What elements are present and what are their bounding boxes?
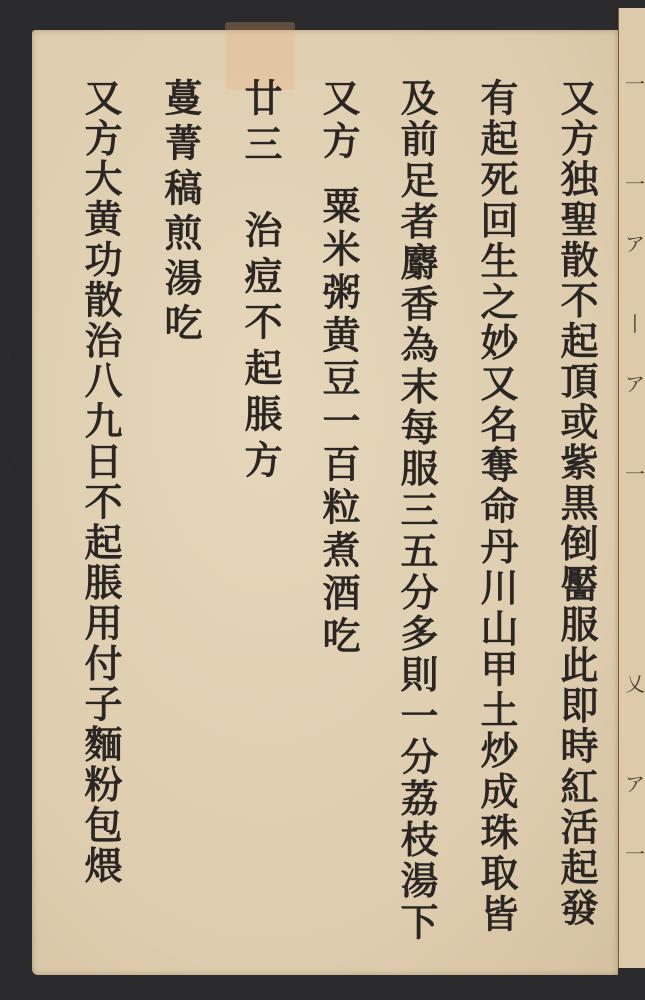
- adjacent-page-fragment: 一: [625, 168, 645, 197]
- adjacent-page-fragment: 一: [625, 68, 645, 97]
- adjacent-page-edge: 一 一 ア 丨 ア 一 乂 ア 一: [618, 8, 645, 968]
- text-column-5: 廿三治痘不起脹方: [236, 78, 284, 486]
- adjacent-page-fragment: ア: [625, 768, 645, 797]
- adjacent-page-fragment: ア: [625, 228, 645, 257]
- text-column-6: 蔓菁稿煎湯吃: [156, 78, 204, 348]
- recipe-number: 廿三: [238, 78, 283, 170]
- text-column-7: 又方大黄功散治八九日不起脹用付子麵粉包煨: [76, 78, 124, 886]
- text-column-4: 又方粟米粥黄豆一百粒煮酒吃: [314, 78, 362, 659]
- adjacent-page-fragment: 一: [625, 458, 645, 487]
- adjacent-page-fragment: 一: [625, 838, 645, 867]
- adjacent-page-fragment: ア: [625, 368, 645, 397]
- text-column-1: 又方独聖散不起頂或紫黒倒靨服此即時紅活起發: [552, 78, 600, 929]
- left-margin-marks: ㄗ一乀: [2, 348, 22, 510]
- text-column-2: 有起死回生之妙又名奪命丹川山甲土炒成珠取皆: [472, 78, 520, 935]
- column-4-prefix: 又方: [316, 78, 361, 164]
- column-3-text: 及前足者麝香為末每服三五分多則一分荔枝湯下: [394, 78, 439, 943]
- column-1-text: 又方独聖散不起頂或紫黒倒靨服此即時紅活起發: [554, 78, 599, 929]
- column-5-heading: 治痘不起脹方: [238, 210, 283, 486]
- column-2-text: 有起死回生之妙又名奪命丹川山甲土炒成珠取皆: [474, 78, 519, 935]
- column-4-text: 粟米粥黄豆一百粒煮酒吃: [316, 186, 361, 659]
- manuscript-page: 又方独聖散不起頂或紫黒倒靨服此即時紅活起發 有起死回生之妙又名奪命丹川山甲土炒成…: [32, 30, 618, 975]
- column-6-text: 蔓菁稿煎湯吃: [158, 78, 203, 348]
- text-column-3: 及前足者麝香為末每服三五分多則一分荔枝湯下: [392, 78, 440, 943]
- adjacent-page-fragment: 丨: [625, 308, 645, 337]
- column-7-text: 又方大黄功散治八九日不起脹用付子麵粉包煨: [78, 78, 123, 886]
- adjacent-page-fragment: 乂: [625, 668, 645, 697]
